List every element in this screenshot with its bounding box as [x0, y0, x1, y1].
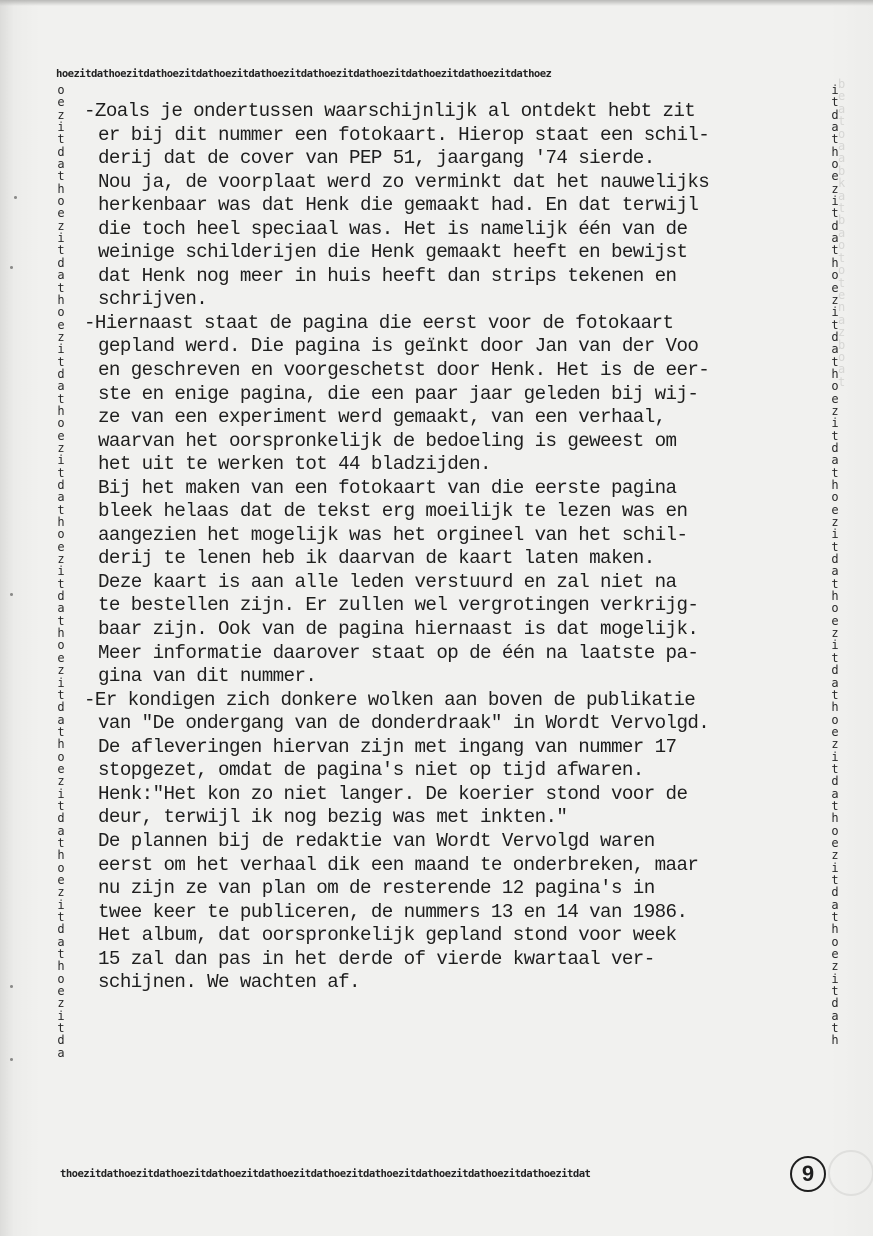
article-line: schrijven.	[84, 288, 824, 312]
article-line: De afleveringen hiervan zijn met ingang …	[84, 736, 824, 760]
article-line: te bestellen zijn. Er zullen wel vergrot…	[84, 594, 824, 618]
border-letter: e	[829, 282, 841, 294]
article-line: baar zijn. Ook van de pagina hiernaast i…	[84, 618, 824, 642]
article-line: De plannen bij de redaktie van Wordt Ver…	[84, 830, 824, 854]
article-line: weinige schilderijen die Henk gemaakt he…	[84, 241, 824, 265]
border-letter: h	[55, 960, 67, 972]
scanned-page: b e a t o a a b k a t b a o t o t e n a …	[0, 0, 873, 1236]
article-line: Nou ja, de voorplaat werd zo verminkt da…	[84, 171, 824, 195]
border-letter: t	[829, 96, 841, 108]
border-letter: i	[55, 565, 67, 577]
border-letter: h	[829, 923, 841, 935]
decorative-border-top: hoezitdathoezitdathoezitdathoezitdathoez…	[56, 68, 551, 80]
border-letter: d	[829, 997, 841, 1009]
border-letter: z	[55, 997, 67, 1009]
border-letter: e	[829, 170, 841, 182]
scan-speck	[14, 196, 17, 199]
border-letter: i	[55, 343, 67, 355]
decorative-border-left: oezitdathoezitdathoezitdathoezitdathoezi…	[55, 84, 67, 1059]
border-letter: i	[829, 417, 841, 429]
border-letter: t	[829, 133, 841, 145]
article-line: nu zijn ze van plan om de resterende 12 …	[84, 877, 824, 901]
article-line: van "De ondergang van de donderdraak" in…	[84, 712, 824, 736]
border-letter: d	[55, 923, 67, 935]
border-letter: d	[55, 701, 67, 713]
border-letter: o	[829, 491, 841, 503]
article-line: Het album, dat oorspronkelijk gepland st…	[84, 924, 824, 948]
article-line: herkenbaar was dat Henk die gemaakt had.…	[84, 194, 824, 218]
article-line: Meer informatie daarover staat op de één…	[84, 642, 824, 666]
border-letter: o	[829, 269, 841, 281]
article-line: en geschreven en voorgeschetst door Henk…	[84, 359, 824, 383]
article-line: dat Henk nog meer in huis heeft dan stri…	[84, 265, 824, 289]
border-letter: a	[829, 677, 841, 689]
border-letter: d	[55, 1034, 67, 1046]
border-letter: o	[55, 417, 67, 429]
border-letter: a	[55, 491, 67, 503]
decorative-border-bottom: thoezitdathoezitdathoezitdathoezitdathoe…	[60, 1168, 590, 1180]
article-line: waarvan het oorspronkelijk de bedoeling …	[84, 430, 824, 454]
border-letter: i	[829, 639, 841, 651]
border-letter: t	[55, 282, 67, 294]
article-line: 15 zal dan pas in het derde of vierde kw…	[84, 948, 824, 972]
article-line: Deze kaart is aan alle leden verstuurd e…	[84, 571, 824, 595]
article-line: Henk:"Het kon zo niet langer. De koerier…	[84, 783, 824, 807]
border-letter: d	[55, 812, 67, 824]
border-letter: z	[829, 738, 841, 750]
article-line: eerst om het verhaal dik een maand te on…	[84, 854, 824, 878]
scan-speck	[10, 266, 13, 269]
border-letter: a	[55, 602, 67, 614]
border-letter: a	[55, 1047, 67, 1059]
article-line: aangezien het mogelijk was het orgineel …	[84, 524, 824, 548]
border-letter: o	[55, 639, 67, 651]
scan-speck	[10, 1058, 13, 1061]
border-letter: i	[55, 677, 67, 689]
border-letter: h	[829, 1034, 841, 1046]
article-body: -Zoals je ondertussen waarschijnlijk al …	[84, 100, 824, 995]
article-line: het uit te werken tot 44 bladzijden.	[84, 453, 824, 477]
border-letter: i	[829, 306, 841, 318]
article-line: bleek helaas dat de tekst erg moeilijk t…	[84, 500, 824, 524]
border-letter: i	[829, 528, 841, 540]
border-letter: h	[829, 812, 841, 824]
border-letter: e	[55, 207, 67, 219]
article-line: er bij dit nummer een fotokaart. Hierop …	[84, 124, 824, 148]
border-letter: a	[829, 565, 841, 577]
bleed-through-text: b e a t o a a b k a t b a o t o t e n a …	[838, 78, 868, 388]
border-letter: z	[55, 775, 67, 787]
scan-speck	[10, 985, 13, 988]
border-letter: h	[55, 849, 67, 861]
border-letter: t	[55, 170, 67, 182]
article-line: Bij het maken van een fotokaart van die …	[84, 477, 824, 501]
article-line: die toch heel speciaal was. Het is namel…	[84, 218, 824, 242]
article-line: -Zoals je ondertussen waarschijnlijk al …	[84, 100, 824, 124]
border-letter: o	[829, 380, 841, 392]
page-number: 9	[790, 1156, 826, 1192]
border-letter: z	[55, 664, 67, 676]
article-line: -Er kondigen zich donkere wolken aan bov…	[84, 689, 824, 713]
border-letter: t	[55, 244, 67, 256]
border-letter: t	[829, 207, 841, 219]
border-letter: a	[55, 380, 67, 392]
article-line: twee keer te publiceren, de nummers 13 e…	[84, 901, 824, 925]
border-letter: h	[55, 738, 67, 750]
article-line: -Hiernaast staat de pagina die eerst voo…	[84, 312, 824, 336]
bleed-through-circle	[828, 1150, 873, 1196]
border-letter: d	[829, 775, 841, 787]
article-line: stopgezet, omdat de pagina's niet op tij…	[84, 759, 824, 783]
border-letter: a	[829, 343, 841, 355]
border-letter: h	[829, 701, 841, 713]
border-letter: t	[829, 244, 841, 256]
border-letter: i	[55, 454, 67, 466]
border-letter: d	[829, 886, 841, 898]
border-letter: e	[55, 96, 67, 108]
decorative-border-right: itdathoezitdathoezitdathoezitdathoezitda…	[829, 84, 841, 1047]
border-letter: d	[829, 664, 841, 676]
article-line: gepland werd. Die pagina is geïnkt door …	[84, 335, 824, 359]
border-letter: t	[55, 133, 67, 145]
scan-speck	[10, 593, 13, 596]
scan-edge-shadow	[0, 0, 873, 6]
border-letter: z	[829, 960, 841, 972]
article-line: ze van een experiment werd gemaakt, van …	[84, 406, 824, 430]
article-line: derij te lenen heb ik daarvan de kaart l…	[84, 547, 824, 571]
border-letter: o	[55, 528, 67, 540]
border-letter: a	[829, 454, 841, 466]
article-line: derij dat de cover van PEP 51, jaargang …	[84, 147, 824, 171]
article-line: schijnen. We wachten af.	[84, 971, 824, 995]
border-letter: a	[55, 269, 67, 281]
article-line: deur, terwijl ik nog bezig was met inkte…	[84, 806, 824, 830]
border-letter: z	[829, 849, 841, 861]
border-letter: z	[55, 886, 67, 898]
article-line: gina van dit nummer.	[84, 665, 824, 689]
article-line: ste en enige pagina, die een paar jaar g…	[84, 383, 824, 407]
border-letter: o	[55, 306, 67, 318]
border-letter: o	[829, 602, 841, 614]
